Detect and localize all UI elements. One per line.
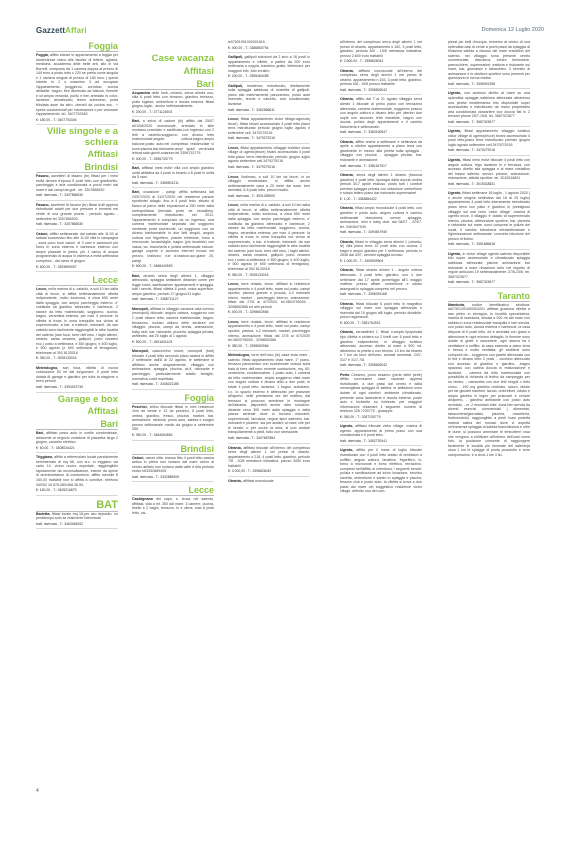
ad-price-phone: tratt. riservata - T.: 3407687864	[228, 435, 310, 444]
ad-price-phone: tratt. riservata - T.: 3307866530	[36, 192, 118, 201]
ad-text: affitto stanze in appartamento a foggia …	[36, 53, 118, 116]
ad-price-phone: tratt. riservata - T.: 3383160547	[340, 129, 422, 138]
ad-location: Acquaviva	[132, 91, 150, 95]
classified-ad: Otranto, affitto dal 7 al 21 agosto vill…	[340, 97, 422, 137]
classified-ad: Peschici, villino bilocale fittasi in mi…	[132, 405, 214, 441]
subcategory-heading: Affitasi	[36, 406, 118, 416]
city-heading: Foggia	[132, 393, 214, 404]
ad-price-phone: €: 500,00 - T.: 3491601103	[132, 339, 214, 348]
classified-ad: Gallipoli, residence, ristrutturato, dir…	[228, 84, 310, 115]
issue-date: Domenica 12 Luglio 2020	[482, 27, 544, 33]
ad-text: calacorvino resort, monopoli (bari) bilo…	[132, 349, 214, 380]
ad-location: Foggia,	[36, 53, 49, 57]
classified-ad: Ugento, fittasi mesi estivi bilocale 4 p…	[448, 158, 530, 189]
ad-price-phone: €: 380,00 - T.: 3298652566	[228, 343, 310, 352]
ad-price-phone: tratt. riservata - T.: 3381187517	[340, 163, 422, 172]
ad-text: all'interno del complesso serra degli al…	[340, 40, 422, 58]
subcategory-heading: Affitasi	[132, 66, 214, 76]
classified-ad: Foggia, affitto stanze in appartamento a…	[36, 53, 118, 125]
classified-ad: Lecce, nella marina di s. cataldo, a sol…	[228, 203, 310, 280]
classified-ad: Otranto, affittasi bilocale all'interno …	[228, 446, 310, 477]
classified-ad: plessi più belli d'europa, immerso al ce…	[448, 40, 530, 89]
ad-location: Porto	[340, 373, 349, 377]
ad-price-phone: tratt. riservata - T.: 3687323677	[448, 119, 530, 128]
classified-ad: Ostuni, affitto settimanale dal sabato a…	[36, 232, 118, 272]
column-1: FoggiaFoggia, affitto stanze in appartam…	[36, 38, 118, 531]
ad-location: Bari,	[36, 431, 44, 435]
ad-price-phone: tratt. riservata - T.: 3398826042	[340, 87, 422, 96]
ad-text: con accesso diretto al mare su una splen…	[448, 91, 530, 118]
ad-price-phone: €: 600,00 - T.: 3488440553	[132, 263, 214, 272]
ad-price-phone: €: 600,00 - T.: 3381764921	[340, 320, 422, 329]
ad-price-phone: tratt. riservata - T.: 3388711127	[132, 296, 214, 305]
ad-text: fittasi mesi estivi bilocale 4 posti let…	[448, 158, 530, 180]
ad-price-phone: €: 600,00 - T.: 3393899057	[36, 264, 118, 273]
ad-price-phone: €: 200,00 - T.: 3771124503	[132, 109, 214, 118]
ad-location: Ugento,	[448, 129, 461, 133]
ad-location: Otranto,	[340, 140, 354, 144]
ad-price-phone: €: 180,00 - T.: 3407753345	[36, 117, 118, 126]
ad-location: Bari,	[132, 190, 140, 194]
ad-location: Otranto,	[340, 69, 354, 73]
ad-price-phone: tratt. riservata - T.: 3406021185	[132, 381, 214, 390]
ad-text: codice identificativo struttura: ta07301…	[448, 303, 530, 457]
classified-ad: Otranto, fittasi ampio monolocale 4 post…	[340, 206, 422, 237]
ad-price-phone: tratt. riservata - T.: 3398826042	[340, 362, 422, 371]
ad-price-phone: tratt. riservata - T.: 3482566611	[228, 107, 310, 116]
classified-ad: Bari, occasione - parigi: affitto settim…	[132, 190, 214, 271]
ad-location: Lecce,	[228, 146, 239, 150]
ad-location: Otranto,	[228, 479, 242, 483]
ad-text: nella marina di s. cataldo, a soli 10 km…	[228, 203, 310, 271]
classified-ad: Ugento, con accesso diretto al mare su u…	[448, 91, 530, 127]
ad-text: ostuni città. bianca fitto 4 posti letto…	[132, 456, 214, 474]
ad-text: lindinuso, a soli 10 km da lecce, in un …	[228, 175, 310, 193]
classified-ad: Acquaviva delle fonti, chianto, sema ali…	[132, 91, 214, 118]
ad-price-phone: tratt. riservata - T.: 3479279216	[228, 164, 310, 173]
ad-text: ie07501991000301816 .	[228, 40, 267, 44]
ad-location: Bari,	[132, 119, 140, 123]
ad-price-phone: tratt. riservata - T.: 3307866530	[36, 221, 118, 230]
ad-price-phone: tratt. riservata - T.: 3356091398	[448, 81, 530, 90]
category-heading: Case vacanza	[132, 54, 214, 65]
page-number: 4	[36, 788, 39, 794]
ad-text: affittasi trilocale victor village, mari…	[340, 424, 422, 437]
ad-location: Ugento,	[340, 424, 353, 428]
ad-location: Barletta,	[36, 512, 50, 516]
ad-text: Cesareo, porto cesareo (perla delle perl…	[340, 373, 422, 413]
city-heading: Brindisi	[132, 444, 214, 455]
classified-ad: Lecce, lindinuso, a soli 10 km da lecce,…	[228, 175, 310, 202]
ad-location: Otranto,	[340, 268, 354, 272]
ad-price-phone: tratt. riservata - T.: 3479279216	[448, 147, 530, 156]
ad-text: affitto settimanale dal sabato alle 11:0…	[36, 232, 118, 263]
ad-location: Monopoli,	[132, 349, 149, 353]
classified-ad: Castrignano del capo, s. leuca nel salen…	[132, 497, 214, 515]
classified-ad: Ugento, fittasi settimane 18 luglio - 1 …	[448, 191, 530, 250]
ad-text: torre rinalda- lecce- affittasi in resid…	[228, 282, 310, 309]
classified-ad: Fasano, savelletri di fasano (br) fittas…	[36, 203, 118, 230]
classified-ad: Melendugno, san foca, villetta di nuova …	[36, 366, 118, 393]
ad-price-phone: €: 400,00 - T.: 3386860794	[228, 45, 310, 54]
classified-ad: Porto Cesareo, porto cesareo (perla dell…	[340, 373, 422, 422]
ad-price-phone: €: 350,00 - T.: 3928133016	[36, 355, 118, 364]
ad-text: in victor village ugento salento disponi…	[448, 252, 530, 279]
logo: GazzettAffari	[36, 26, 87, 35]
ad-text: a selva di cadore (bl) affitto dal 25/07…	[132, 119, 214, 155]
ad-price-phone: €: 350,00 - T.: 3928133016	[228, 272, 310, 281]
ad-location: Lecce,	[228, 282, 239, 286]
ad-text: villino bilocale fittasi in mini residen…	[132, 405, 214, 432]
classified-ad: Otranto, affittasi monolocale all'intern…	[340, 69, 422, 96]
ad-location: Monopoli,	[132, 307, 149, 311]
classified-ad: Monopoli, calacorvino resort, monopoli (…	[132, 349, 214, 389]
ad-location: Castrignano	[132, 497, 153, 501]
ad-text: affittasi in villaggio vacanze cala corv…	[132, 307, 214, 338]
ad-price-phone: tratt. riservata - T.: 3494547940	[340, 229, 422, 238]
classified-ad: Lecce, fittasi appartamento villaggio tu…	[228, 146, 310, 173]
ad-location: Triggiano,	[36, 455, 53, 459]
ad-price-phone: tratt. riservata - T.: 3332889405	[132, 474, 214, 483]
ad-price-phone: €: 350,00 - T.: 3484064854	[132, 432, 214, 441]
classified-ad: Otranto, sema degli alimini 1 otranto (b…	[340, 173, 422, 204]
ad-text: fittasi appartamento villaggio turistico…	[228, 146, 310, 164]
ad-price-phone: €: 160,00 - T.: 3405216875	[36, 487, 118, 496]
ad-location: Ugento,	[448, 91, 461, 95]
city-heading: Bari	[36, 419, 118, 430]
category-heading: Ville singole e a schiera	[36, 127, 118, 148]
classified-ad: Fasano, savelletri di fasano (br) fittas…	[36, 174, 118, 201]
ad-text: affitto a referenziato locale parzialmen…	[36, 455, 118, 486]
classified-ad: Bari, affittasi posto auto in cortile co…	[36, 431, 118, 453]
ad-text: otranto sema degli alimini 1, villaggio …	[132, 274, 214, 296]
classified-ad: Bari, affittasi mesi estivi villa con am…	[132, 166, 214, 188]
classified-ad: Gallipoli, gallipoli soluzioni da 2 sino…	[228, 55, 310, 82]
classified-ad: Ostuni, ostuni città. bianca fitto 4 pos…	[132, 456, 214, 483]
ad-location: Ostuni,	[132, 456, 144, 460]
ad-price-phone: tratt. riservata - T.: 3396091168	[340, 291, 422, 300]
ad-location: Lecce,	[228, 203, 239, 207]
ad-text: affitto per il mese di luglio bilocale r…	[340, 448, 422, 493]
ad-location: Lecce,	[228, 175, 239, 179]
ad-location: Ugento,	[448, 158, 461, 162]
classified-ad: Melendugno, torre dell'orso (le) casa vi…	[228, 353, 310, 443]
ad-location: Otranto,	[340, 173, 354, 177]
ad-location: Fasano,	[36, 174, 50, 178]
ad-text: torre dell'orso (le) casa vista mare - s…	[228, 353, 310, 434]
ad-price-phone: €: 350,00 - T.: 3287230779	[340, 414, 422, 423]
ad-location: Melendugno,	[36, 366, 58, 370]
city-heading: BAT	[36, 499, 118, 512]
ad-price-phone: tratt. riservata - T.: 3687323677	[448, 279, 530, 288]
ad-price-phone: tratt. riservata - T.: 3931285900	[228, 193, 310, 202]
ad-text: torre rinalda- lecce- affittasi in resid…	[228, 320, 310, 342]
classified-ad: Otranto, affittasi monolocale	[228, 479, 310, 484]
ad-text: affittasi posto auto in cortile condomin…	[36, 431, 118, 444]
ad-location: Lecce,	[228, 117, 239, 121]
classified-ad: Lecce, nella marina di s. cataldo, a sol…	[36, 287, 118, 364]
ad-text: occasione - parigi: affitto settimana da…	[132, 190, 214, 262]
ad-location: Lecce,	[228, 320, 239, 324]
ad-location: Gallipoli,	[228, 84, 243, 88]
ad-location: Peschici,	[132, 405, 148, 409]
classified-ad: Otranto, fittasi otranto alimini 1 - ang…	[340, 268, 422, 299]
ad-price-phone: tratt. riservata - T.: 3385501211	[132, 180, 214, 189]
ad-text: affittasi monolocale	[243, 479, 274, 483]
ad-price-phone: tratt. riservata - T.: 3482792441	[340, 438, 422, 447]
ad-price-phone: €: 3.000,00 - T.: 3398826042	[228, 468, 310, 477]
subcategory-heading: Affitasi	[36, 149, 118, 159]
city-heading: Foggia	[36, 41, 118, 52]
ad-location: Melendugno,	[228, 353, 250, 357]
classified-ad: Barletta, fittasi locale mq 18,per uso d…	[36, 512, 118, 530]
classified-ad: Lecce, torre rinalda- lecce- affittasi i…	[228, 320, 310, 351]
page-header: GazzettAffari Domenica 12 Luglio 2020	[36, 26, 544, 38]
city-heading: Bari	[132, 79, 214, 90]
ad-location: Lecce,	[36, 287, 47, 291]
ad-location: Manduria,	[448, 303, 465, 307]
classified-ad: Lecce, fittasi appartamento victor villa…	[228, 117, 310, 144]
ad-location: Gallipoli,	[228, 55, 243, 59]
ad-location: Otranto,	[340, 240, 354, 244]
column-2: Case vacanzaAffitasiBariAcquaviva delle …	[132, 52, 214, 516]
classified-ad: all'interno del complesso serra degli al…	[340, 40, 422, 67]
ad-price-phone: tratt. riservata - T.: 3394923739	[36, 384, 118, 393]
ad-price-phone: €: 60,00 - T.: 3408034421	[36, 445, 118, 454]
ad-text: affitto dal 7 al 21 agosto villaggio ser…	[340, 97, 422, 128]
city-heading: Taranto	[448, 291, 530, 302]
ad-price-phone: €: 1.000,00 - T.: 3409509904	[340, 258, 422, 267]
ad-text: plessi più belli d'europa, immerso al ce…	[448, 40, 530, 80]
classified-ad: Otranto, fittasi in villaggio serra alim…	[340, 240, 422, 267]
ad-location: Ostuni,	[36, 232, 48, 236]
category-heading: Garage e box	[36, 395, 118, 406]
classified-ad: Bari, a selva di cadore (bl) affitto dal…	[132, 119, 214, 164]
ad-price-phone: €: 2.600,00 - T.: 3398826042	[340, 58, 422, 67]
classified-ad: Lecce, torre rinalda- lecce- affittasi i…	[228, 282, 310, 318]
ad-text: serraalimini 1. fittasi n.ampia tipopriv…	[340, 330, 422, 361]
ad-location: Otranto,	[228, 446, 242, 450]
ad-location: Otranto,	[340, 97, 354, 101]
ad-price-phone: €: 400,00 - T.: 3298652566	[228, 309, 310, 318]
ad-price-phone: tratt. riservata - T.: 3479279216	[228, 135, 310, 144]
ad-location: Otranto,	[340, 302, 354, 306]
ad-location: Otranto,	[340, 330, 354, 334]
ad-price-phone: €: 400,00 - T.: 3396733779	[132, 156, 214, 165]
column-5: plessi più belli d'europa, immerso al ce…	[448, 40, 530, 458]
ad-price-phone: tratt. riservata - T.: 3015318831	[448, 181, 530, 190]
ad-location: Ugento,	[448, 191, 461, 195]
ad-text: fittasi appartamento victor village-agen…	[228, 117, 310, 135]
classified-ad: Triggiano, affitto a referenziato locale…	[36, 455, 118, 495]
ad-location: Bari,	[132, 166, 140, 170]
ad-text: nella marina di s. cataldo, a soli 10 km…	[36, 287, 118, 355]
classified-ad: Otranto, fittasi bilocale 6 posti letto …	[340, 302, 422, 329]
ad-text: fittasi appartamento villaggio turistico…	[448, 129, 530, 147]
column-4: all'interno del complesso serra degli al…	[340, 40, 422, 495]
ad-location: Otranto,	[340, 206, 354, 210]
ad-price-phone: tratt. riservata - T.: 3463464052	[36, 521, 118, 530]
ad-text: fittasi settimane 18 luglio - 1 agosto 2…	[448, 191, 530, 240]
city-heading: Brindisi	[36, 162, 118, 173]
ad-price-phone: €: 200,00 - T.: 3395484458	[228, 73, 310, 82]
column-3: ie07501991000301816 .€: 400,00 - T.: 338…	[228, 40, 310, 484]
classified-ad: Ugento, affitto per il mese di luglio bi…	[340, 448, 422, 493]
classified-ad: Otranto, serraalimini 1. fittasi n.ampia…	[340, 330, 422, 370]
classified-ad: Ugento, affittasi trilocale victor villa…	[340, 424, 422, 446]
ad-price-phone: tratt. riservata - T.: 3351686618	[448, 241, 530, 250]
city-heading: Lecce	[36, 275, 118, 286]
city-heading: Lecce	[132, 485, 214, 496]
classified-ad: Otranto, affitto anche a settimane e set…	[340, 140, 422, 171]
ad-location: Bari,	[132, 274, 140, 278]
ad-location: Ugento,	[448, 252, 461, 256]
classified-ad: Ugento, fittasi appartamento villaggio t…	[448, 129, 530, 156]
classified-ad: Manduria, codice identificativo struttur…	[448, 303, 530, 458]
classified-ad: Ugento, in victor village ugento salento…	[448, 252, 530, 288]
classified-ad: ie07501991000301816 .€: 400,00 - T.: 338…	[228, 40, 310, 53]
ad-text: affittasi mesi estivi villa con ampio gi…	[132, 166, 214, 179]
ad-price-phone: €: 1,00 - T.: 3383884422	[340, 196, 422, 205]
ad-location: Ugento,	[340, 448, 353, 452]
ad-location: Fasano,	[36, 203, 50, 207]
classified-ad: Bari, otranto sema degli alimini 1, vill…	[132, 274, 214, 305]
classified-ad: Monopoli, affittasi in villaggio vacanze…	[132, 307, 214, 347]
